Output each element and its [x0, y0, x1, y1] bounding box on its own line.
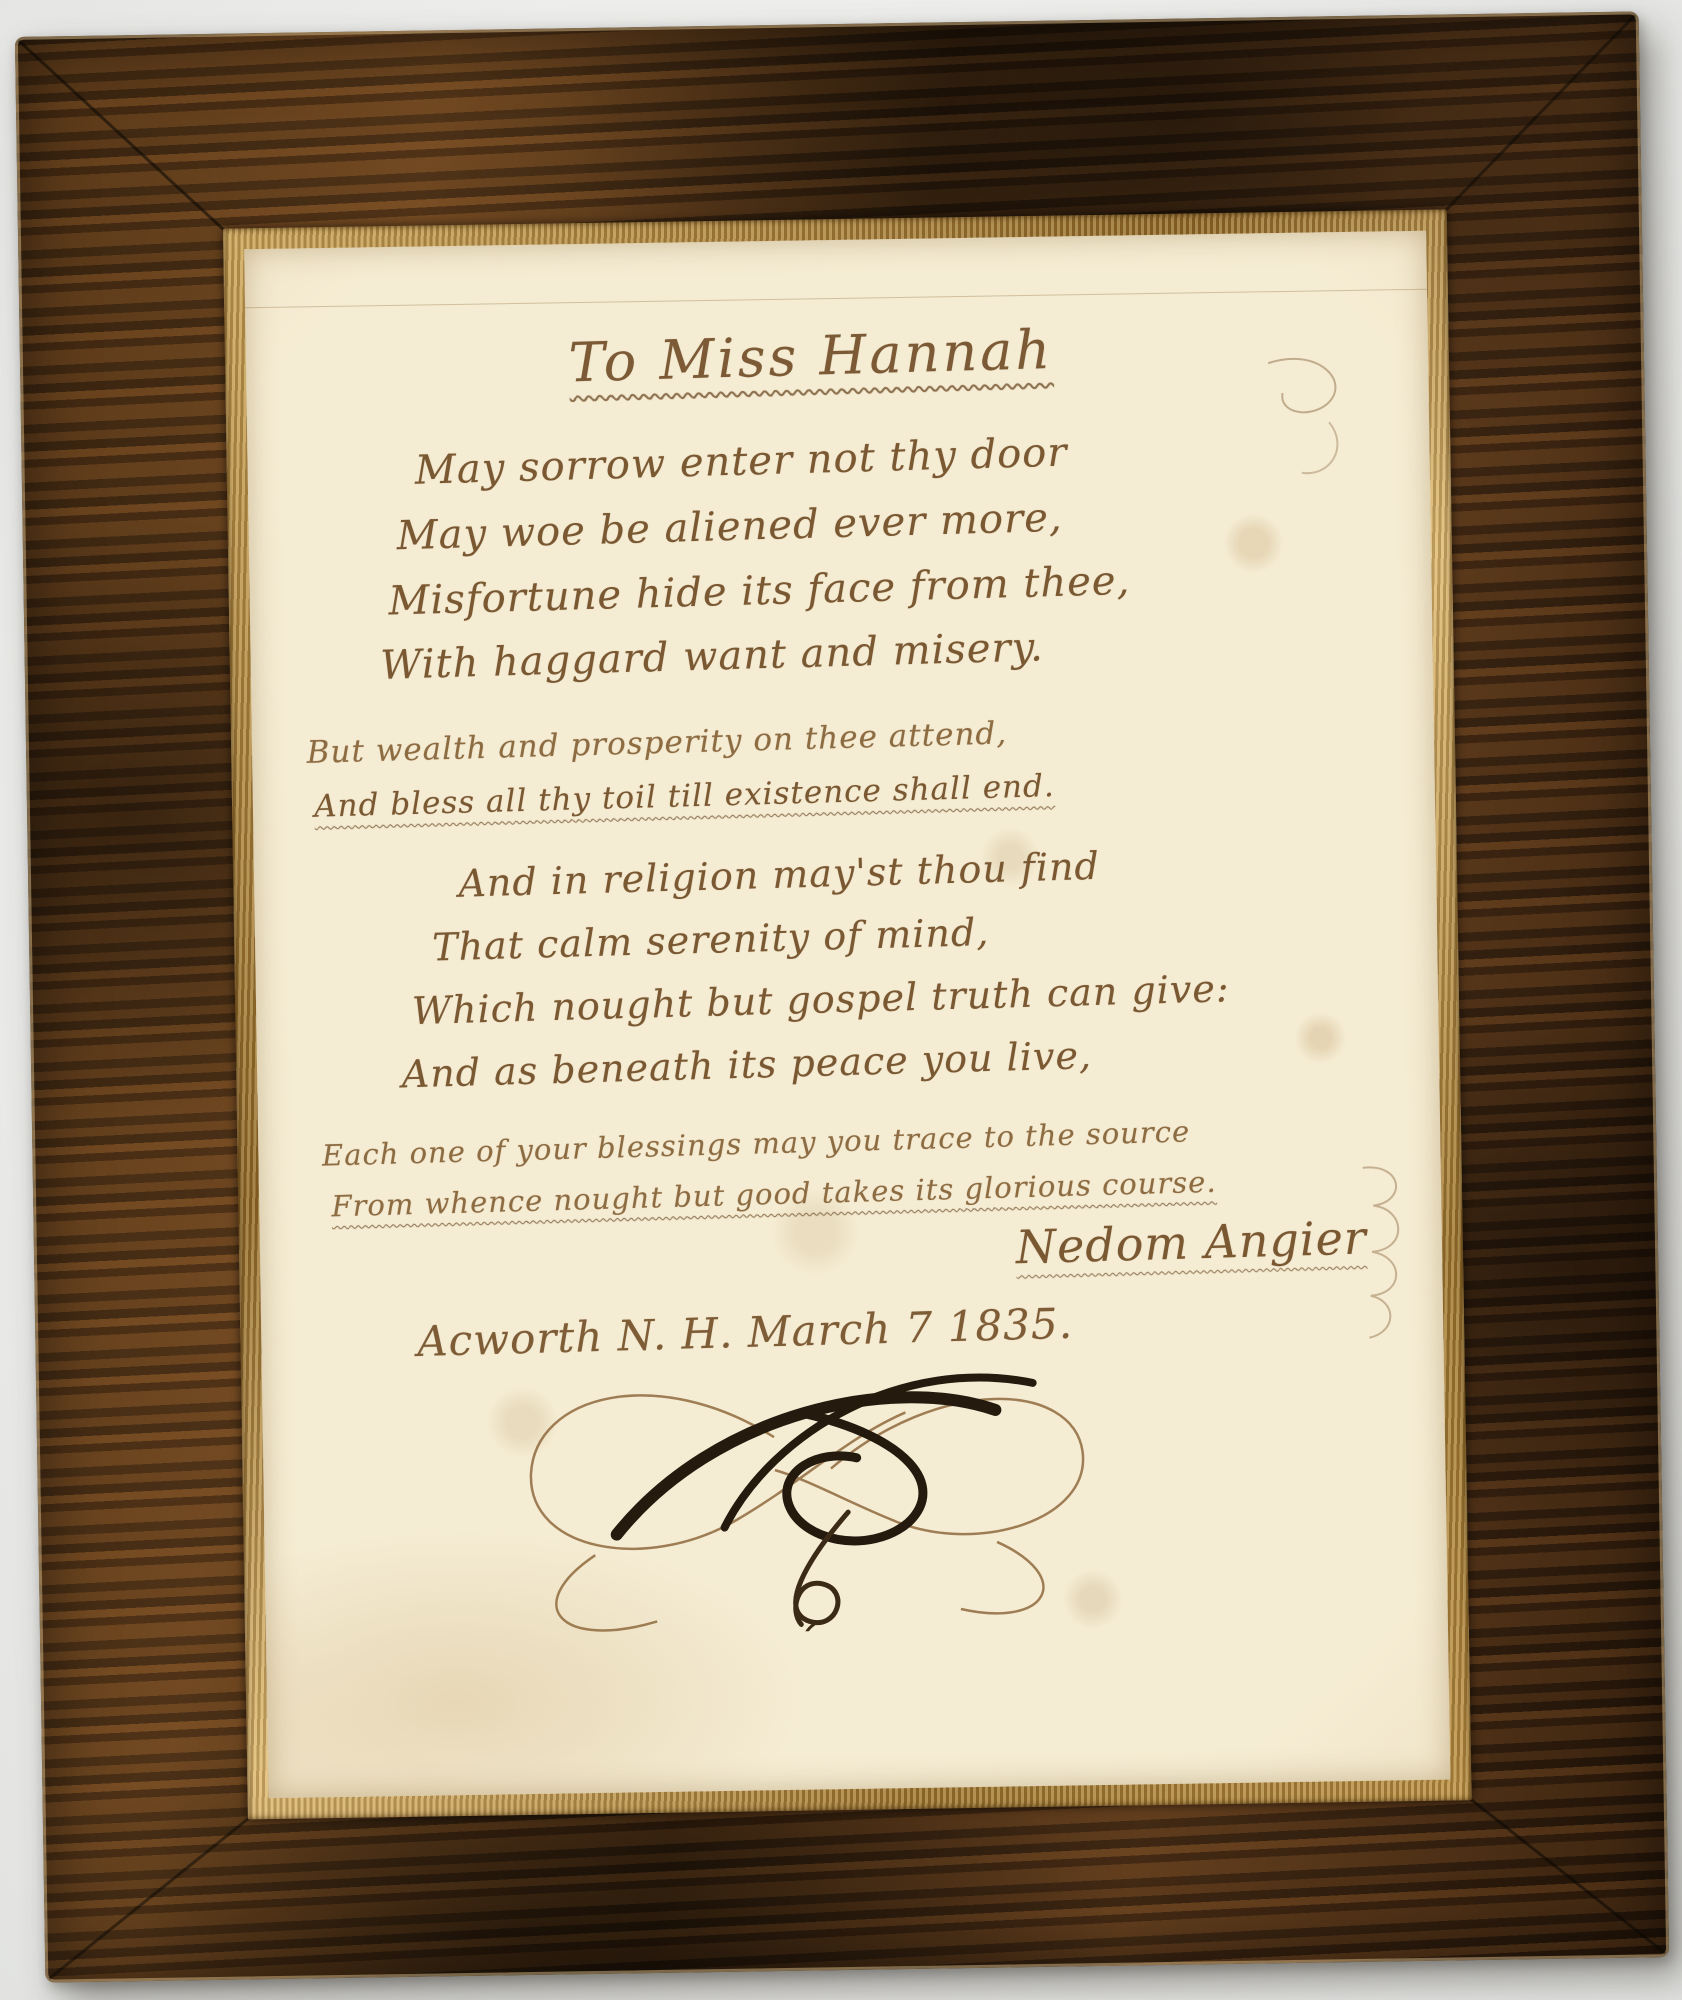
manuscript-paper: To Miss Hannah May sorrow enter not thy … — [244, 231, 1450, 1798]
ink-flourish — [471, 1313, 1119, 1641]
gilt-liner: To Miss Hannah May sorrow enter not thy … — [223, 209, 1472, 1819]
photo-background: To Miss Hannah May sorrow enter not thy … — [0, 0, 1682, 2000]
poem-title: To Miss Hannah — [293, 310, 1328, 402]
picture-frame: To Miss Hannah May sorrow enter not thy … — [15, 11, 1669, 1982]
handwritten-text-block: To Miss Hannah May sorrow enter not thy … — [244, 231, 1450, 1798]
